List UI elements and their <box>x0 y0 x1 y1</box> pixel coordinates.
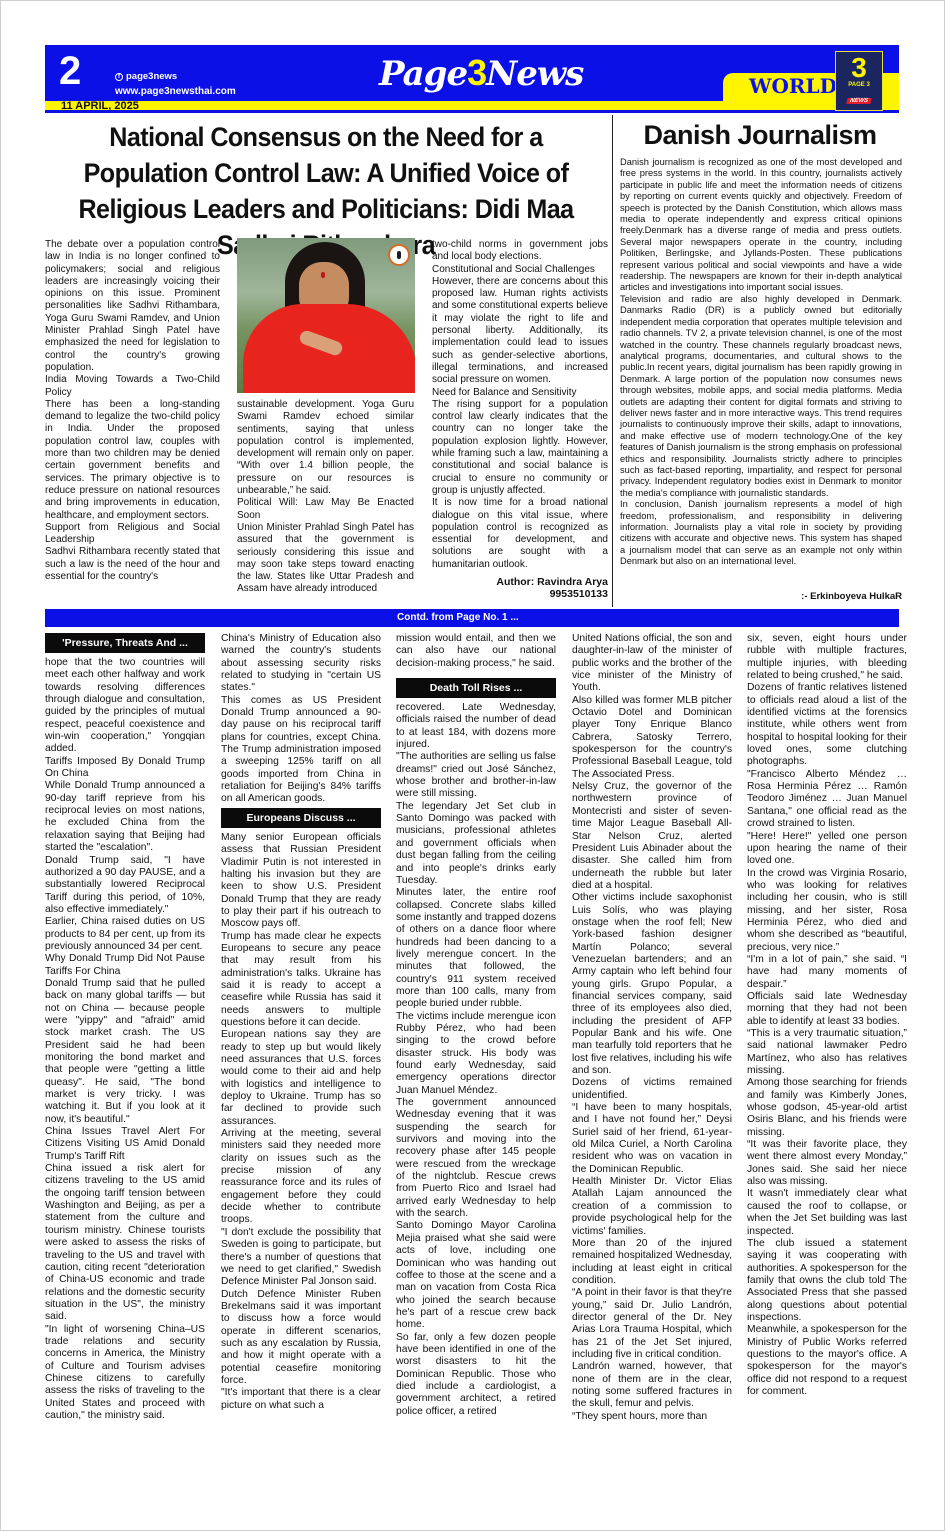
paragraph: “They spent hours, more than <box>572 1411 732 1423</box>
lead-photo <box>237 238 415 393</box>
paragraph: This comes as US President Donald Trump … <box>221 695 381 806</box>
masthead: 2 f page3news www.page3newsthai.com 11 A… <box>45 45 899 113</box>
paragraph: six, seven, eight hours under rubble wit… <box>747 633 907 682</box>
subheading: Tariffs Imposed By Donald Trump On China <box>45 756 205 781</box>
paragraph: In conclusion, Danish journalism represe… <box>620 499 902 567</box>
story-tag-death-toll: Death Toll Rises ... <box>396 678 556 698</box>
continued-column-3: mission would entail, and then we can al… <box>396 633 556 1418</box>
badge-page: PAGE 3 <box>836 82 882 89</box>
subheading: Political Will: Law May Be Enacted Soon <box>237 497 414 522</box>
page3-badge-logo: 3 PAGE 3 NEWS <box>835 51 883 111</box>
paragraph: Earlier, China raised duties on US produ… <box>45 916 205 953</box>
lead-author-block: Author: Ravindra Arya 9953510133 <box>432 576 608 600</box>
subheading: Support from Religious and Social Leader… <box>45 522 220 547</box>
paragraph: two-child norms in government jobs and l… <box>432 239 608 264</box>
paragraph: Donald Trump said that he pulled back on… <box>45 978 205 1126</box>
paragraph: “I'm in a lot of pain,” she said. “I hav… <box>747 954 907 991</box>
paragraph: “It was their favorite place, they went … <box>747 1139 907 1188</box>
paragraph: Among those searching for friends and fa… <box>747 1077 907 1139</box>
danish-body: Danish journalism is recognized as one o… <box>620 157 902 568</box>
newspaper-logo: Page3News <box>379 53 583 94</box>
paragraph: The legendary Jet Set club in Santo Domi… <box>396 801 556 887</box>
paragraph: In the crowd was Virginia Rosario, who w… <box>747 868 907 954</box>
paragraph: Dutch Defence Minister Ruben Brekelmans … <box>221 1289 381 1388</box>
paragraph: However, there are concerns about this p… <box>432 276 608 387</box>
badge-number: 3 <box>836 54 882 82</box>
paragraph: sustainable development. Yoga Guru Swami… <box>237 399 414 497</box>
danish-headline: Danish Journalism <box>615 117 905 153</box>
paragraph: So far, only a few dozen people have bee… <box>396 1332 556 1418</box>
lead-column-3: two-child norms in government jobs and l… <box>432 239 608 571</box>
column-divider <box>612 115 613 607</box>
paragraph: The debate over a population control law… <box>45 239 220 374</box>
paragraph: Television and radio are also highly dev… <box>620 294 902 499</box>
subheading: Need for Balance and Sensitivity <box>432 387 608 399</box>
badge-news: NEWS <box>846 98 871 104</box>
paragraph: Meanwhile, a spokesperson for the Minist… <box>747 1324 907 1398</box>
paragraph: Arriving at the meeting, several ministe… <box>221 1128 381 1227</box>
paragraph: "I don't exclude the possibility that Sw… <box>221 1227 381 1289</box>
paragraph: Many senior European officials assess th… <box>221 832 381 931</box>
masthead-rule <box>45 110 899 113</box>
author-phone: 9953510133 <box>432 588 608 600</box>
story-tag-europeans-discuss: Europeans Discuss ... <box>221 808 381 828</box>
subheading: Why Donald Trump Did Not Pause Tariffs F… <box>45 953 205 978</box>
paragraph: "Francisco Alberto Méndez … Rosa Hermini… <box>747 769 907 831</box>
website-link[interactable]: www.page3newsthai.com <box>115 86 236 97</box>
paragraph: hope that the two countries will meet ea… <box>45 657 205 756</box>
logo-number: 3 <box>467 52 486 93</box>
paragraph: The victims include merengue icon Rubby … <box>396 1011 556 1097</box>
paragraph: Also killed was former MLB pitcher Octav… <box>572 695 732 781</box>
social-handle[interactable]: f page3news <box>115 71 177 82</box>
paragraph: The club issued a statement saying it wa… <box>747 1238 907 1324</box>
photo-tilak <box>321 272 325 278</box>
paragraph: Trump has made clear he expects European… <box>221 931 381 1030</box>
subheading: China Issues Travel Alert For Citizens V… <box>45 1126 205 1163</box>
paragraph: More than 20 of the injured remained hos… <box>572 1238 732 1287</box>
paragraph: Dozens of victims remained unidentified. <box>572 1077 732 1102</box>
paragraph: It wasn't immediately clear what caused … <box>747 1188 907 1237</box>
paragraph: “I have been to many hospitals, and I ha… <box>572 1102 732 1176</box>
paragraph: Donald Trump said, "I have authorized a … <box>45 855 205 917</box>
paragraph: “This is a very traumatic situation,” sa… <box>747 1028 907 1077</box>
paragraph: Sadhvi Rithambara recently stated that s… <box>45 546 220 583</box>
continued-column-5: six, seven, eight hours under rubble wit… <box>747 633 907 1398</box>
subheading: Constitutional and Social Challenges <box>432 264 608 276</box>
continued-label: Contd. from Page No. 1 ... <box>397 609 519 627</box>
paragraph: There has been a long-standing demand to… <box>45 399 220 522</box>
paragraph: Union Minister Prahlad Singh Patel has a… <box>237 522 414 596</box>
logo-right: News <box>486 54 583 94</box>
paragraph: Dozens of frantic relatives listened to … <box>747 682 907 768</box>
facebook-icon: f <box>115 73 123 81</box>
subheading: India Moving Towards a Two-Child Policy <box>45 374 220 399</box>
paragraph: "Here! Here!" yelled one person upon hea… <box>747 831 907 868</box>
paragraph: European nations say they are ready to s… <box>221 1029 381 1128</box>
continued-column-2: China's Ministry of Education also warne… <box>221 633 381 1412</box>
continued-band: Contd. from Page No. 1 ... <box>45 609 899 627</box>
paragraph: China's Ministry of Education also warne… <box>221 633 381 695</box>
social-handle-text: page3news <box>126 71 177 82</box>
newspaper-page: 2 f page3news www.page3newsthai.com 11 A… <box>0 0 945 1531</box>
continued-column-1: 'Pressure, Threats And ... hope that the… <box>45 633 205 1422</box>
paragraph: United Nations official, the son and dau… <box>572 633 732 695</box>
issue-date: 11 APRIL, 2025 <box>61 100 139 112</box>
paragraph: China issued a risk alert for citizens t… <box>45 1163 205 1323</box>
paragraph: "In light of worsening China–US trade re… <box>45 1324 205 1423</box>
paragraph: Danish journalism is recognized as one o… <box>620 157 902 294</box>
story-tag-pressure-threats: 'Pressure, Threats And ... <box>45 633 205 653</box>
danish-author: :- Erkinboyeva HulkaR <box>620 591 902 602</box>
paragraph: The government announced Wednesday eveni… <box>396 1097 556 1220</box>
paragraph: recovered. Late Wednesday, officials rai… <box>396 702 556 751</box>
emblem-icon <box>388 244 410 266</box>
paragraph: The rising support for a population cont… <box>432 399 608 497</box>
paragraph: "The authorities are selling us false dr… <box>396 751 556 800</box>
paragraph: Minutes later, the entire roof collapsed… <box>396 887 556 1010</box>
paragraph: It is now time for a broad national dial… <box>432 497 608 571</box>
logo-left: Page <box>379 54 467 94</box>
lead-column-2: sustainable development. Yoga Guru Swami… <box>237 399 414 596</box>
paragraph: Officials said late Wednesday morning th… <box>747 991 907 1028</box>
paragraph: Health Minister Dr. Victor Elias Atallah… <box>572 1176 732 1238</box>
paragraph: Nelsy Cruz, the governor of the northwes… <box>572 781 732 892</box>
lead-column-1: The debate over a population control law… <box>45 239 220 583</box>
paragraph: While Donald Trump announced a 90-day ta… <box>45 780 205 854</box>
continued-column-4: United Nations official, the son and dau… <box>572 633 732 1423</box>
paragraph: "It's important that there is a clear pi… <box>221 1387 381 1412</box>
page-number: 2 <box>59 51 81 91</box>
paragraph: Landrón warned, however, that none of th… <box>572 1361 732 1410</box>
paragraph: Santo Domingo Mayor Carolina Mejia prais… <box>396 1220 556 1331</box>
author-name: Author: Ravindra Arya <box>432 576 608 588</box>
paragraph: mission would entail, and then we can al… <box>396 633 556 670</box>
paragraph: Other victims include saxophonist Luis S… <box>572 892 732 1077</box>
paragraph: “A point in their favor is that they're … <box>572 1287 732 1361</box>
section-label: WORLD <box>749 75 837 97</box>
